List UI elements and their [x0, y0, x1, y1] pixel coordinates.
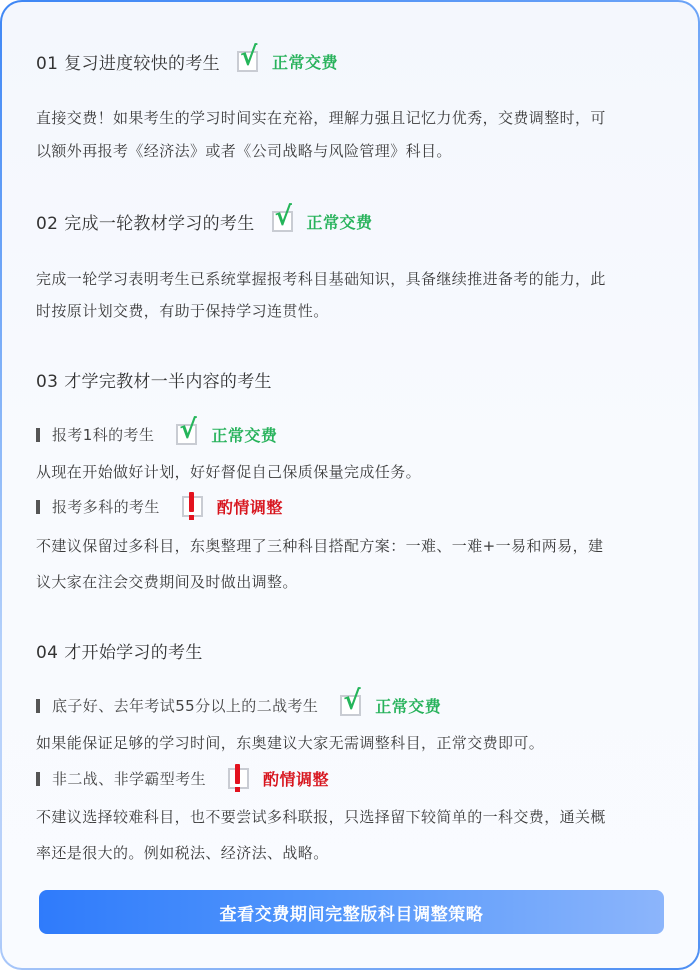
- section-04-subitem-1-header: 底子好、去年考试55分以上的二战考生 √ 正常交费: [36, 694, 441, 717]
- subitem-label: 报考1科的考生: [52, 424, 154, 445]
- section-01-header: 01复习进度较快的考生 √ 正常交费: [36, 49, 338, 74]
- section-04-subitem-1-paragraph: 如果能保证足够的学习时间，东奥建议大家无需调整科目，正常交费即可。: [36, 732, 544, 753]
- section-number: 03: [36, 372, 58, 392]
- section-03-subitem-2-paragraph-line-2: 议大家在注会交费期间及时做出调整。: [36, 571, 298, 592]
- section-03-subitem-1-paragraph: 从现在开始做好计划，好好督促自己保质保量完成任务。: [36, 461, 421, 482]
- section-number: 02: [36, 214, 58, 234]
- section-03-subitem-2-paragraph-line-1: 不建议保留过多科目，东奥整理了三种科目搭配方案：一难、一难+一易和两易，建: [36, 535, 603, 556]
- section-title-text: 才开始学习的考生: [64, 643, 202, 663]
- section-01-title: 01复习进度较快的考生: [36, 49, 220, 74]
- check-icon: √: [176, 424, 197, 445]
- section-number: 04: [36, 643, 58, 663]
- view-full-strategy-button[interactable]: 查看交费期间完整版科目调整策略: [39, 890, 664, 934]
- section-02-title: 02完成一轮教材学习的考生: [36, 209, 255, 234]
- section-03-title: 03才学完教材一半内容的考生: [36, 367, 272, 392]
- check-icon: √: [272, 211, 293, 232]
- section-02-paragraph-line-1: 完成一轮学习表明考生已系统掌握报考科目基础知识，具备继续推进备考的能力，此: [36, 268, 606, 289]
- section-04-subitem-2-paragraph-line-2: 率还是很大的。例如税法、经济法、战略。: [36, 842, 329, 863]
- section-04-title: 04才开始学习的考生: [36, 638, 203, 663]
- info-card-body: 01复习进度较快的考生 √ 正常交费 直接交费！如果考生的学习时间实在充裕，理解…: [2, 2, 698, 968]
- section-04-subitem-2-header: 非二战、非学霸型考生 酌情调整: [36, 767, 329, 790]
- exclamation-icon: [228, 768, 249, 789]
- section-title-text: 才学完教材一半内容的考生: [64, 372, 272, 392]
- status-badge-normal: 正常交费: [272, 50, 338, 73]
- section-number: 01: [36, 54, 58, 74]
- status-badge-adjust: 酌情调整: [263, 767, 329, 790]
- status-badge-normal: 正常交费: [307, 210, 373, 233]
- exclamation-icon: [182, 496, 203, 517]
- section-04-subitem-2-paragraph-line-1: 不建议选择较难科目，也不要尝试多科联报，只选择留下较简单的一科交费，通关概: [36, 806, 606, 827]
- section-03-subitem-1-header: 报考1科的考生 √ 正常交费: [36, 423, 277, 446]
- check-icon: √: [340, 695, 361, 716]
- subitem-label: 非二战、非学霸型考生: [52, 768, 206, 789]
- status-badge-normal: 正常交费: [375, 694, 441, 717]
- section-title-text: 复习进度较快的考生: [64, 54, 220, 74]
- bullet-bar: [36, 699, 40, 713]
- bullet-bar: [36, 772, 40, 786]
- bullet-bar: [36, 428, 40, 442]
- section-title-text: 完成一轮教材学习的考生: [64, 214, 254, 234]
- section-02-paragraph-line-2: 时按原计划交费，有助于保持学习连贯性。: [36, 300, 329, 321]
- status-badge-normal: 正常交费: [211, 423, 277, 446]
- status-badge-adjust: 酌情调整: [217, 495, 283, 518]
- info-card: 01复习进度较快的考生 √ 正常交费 直接交费！如果考生的学习时间实在充裕，理解…: [0, 0, 700, 970]
- section-01-paragraph-line-2: 以额外再报考《经济法》或者《公司战略与风险管理》科目。: [36, 140, 452, 161]
- subitem-label: 报考多科的考生: [52, 496, 160, 517]
- check-icon: √: [237, 51, 258, 72]
- section-03-subitem-2-header: 报考多科的考生 酌情调整: [36, 495, 283, 518]
- subitem-label: 底子好、去年考试55分以上的二战考生: [52, 695, 318, 716]
- bullet-bar: [36, 500, 40, 514]
- section-02-header: 02完成一轮教材学习的考生 √ 正常交费: [36, 209, 373, 234]
- section-01-paragraph-line-1: 直接交费！如果考生的学习时间实在充裕，理解力强且记忆力优秀，交费调整时，可: [36, 107, 606, 128]
